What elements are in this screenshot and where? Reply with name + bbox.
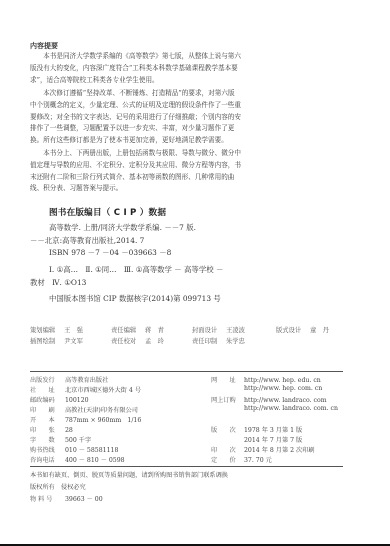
text-line: 版没有大的变化，内容深广度符合“工科类本科数学基础课程教学基本要 [30, 63, 258, 75]
order-link-2[interactable]: http://www. landraco. com. cn [244, 405, 338, 412]
website-link-1[interactable]: http://www. hep. edu. cn [244, 377, 321, 384]
summary-title: 内容提要 [30, 41, 58, 51]
pub-publisher: 出版发行高等教育出版社 [30, 375, 108, 384]
pub-online-order-2: http://www. landraco. com. cn [211, 405, 338, 412]
cip-isbn: ISBN 978 －7 －04 －039663 －8 [49, 247, 171, 258]
summary-paragraph-3: 本书分上、下两册出版，上册包括函数与极限、导数与微分、微分中 值定理与导数的应用… [30, 148, 258, 195]
cip-line: －－北京:高等教育出版社,2014. 7 [30, 235, 144, 246]
pub-inquiry-phone: 咨询电话400 － 810 － 0598 [30, 455, 125, 464]
text-line: 求”，适合高等院校工科类各专业学生使用。 [30, 75, 258, 87]
text-line: 末还附有二阶和三阶行列式简介、基本初等函数的图形、几种常用的曲 [30, 172, 258, 184]
text-line: 排作了一些调整，习题配置予以进一步充实、丰富，对少量习题作了更 [30, 123, 258, 135]
cip-line: Ⅰ. ①高… Ⅱ. ①同… Ⅲ. ①高等数学 － 高等学校 － [49, 264, 223, 275]
text-line: 中个别概念的定义，少量定理、公式的证明及定理的假设条件作了一些重 [30, 100, 258, 112]
pub-price: 定 价37. 70 元 [211, 455, 272, 464]
pub-printing: 印 次2014 年 8 月第 2 次印刷 [211, 445, 315, 454]
pub-format: 开 本787mm × 960mm 1/16 [30, 415, 141, 424]
cip-line: 高等数学. 上册/同济大学数学系编. －－7 版. [49, 222, 196, 233]
text-line: 换。所有这些修订都是为了使本书更加完善，更好地满足教学需要。 [30, 135, 258, 147]
pub-edition: 版 次1978 年 3 月第 1 版 [211, 425, 302, 434]
copyright-page: 内容提要 本书是同济大学数学系编的《高等数学》第七版，从整体上说与第六 版没有大… [0, 0, 390, 546]
credit-layout-design: 版式设计童 丹 [276, 325, 329, 334]
text-line: 要修改；对全书的文字表达、记号的采用进行了仔细推敲；个别内容的安 [30, 112, 258, 124]
order-link-1[interactable]: http://www. landraco. com [244, 397, 327, 404]
summary-paragraph-1: 本书是同济大学数学系编的《高等数学》第七版，从整体上说与第六 版没有大的变化，内… [30, 51, 258, 86]
pub-order-hotline: 购书热线010 － 58581118 [30, 445, 118, 454]
pub-word-count: 字 数500 千字 [30, 435, 91, 444]
pub-edition-2: 2014 年 7 月第 7 版 [211, 435, 302, 444]
cip-line: 教材 Ⅳ. ①O13 [30, 277, 86, 288]
divider-bottom [30, 466, 343, 467]
website-link-2[interactable]: http://www. hep. com. cn [244, 385, 322, 392]
credit-proofreading: 责任校对孟 玲 [111, 336, 164, 345]
credit-responsible-editor: 责任编辑蒋 青 [111, 325, 164, 334]
credit-planning-editor: 策划编辑王 强 [30, 325, 83, 334]
quality-notice: 本书如有缺页、倒页、脱页等质量问题，请到所购图书销售部门联系调换 [30, 470, 228, 479]
text-line: 值定理与导数的应用、不定积分、定积分及其应用、微分方程等内容，书 [30, 160, 258, 172]
text-line: 本次修订遵循“坚持改革、不断锤炼、打造精品”的要求，对第六版 [30, 88, 258, 100]
credit-illustration: 插图绘制尹文军 [30, 336, 83, 345]
pub-website-2: http://www. hep. com. cn [211, 385, 322, 392]
text-line: 本书是同济大学数学系编的《高等数学》第七版，从整体上说与第六 [30, 51, 258, 63]
pub-sheets: 印 张28 [30, 425, 73, 434]
summary-paragraph-2: 本次修订遵循“坚持改革、不断锤炼、打造精品”的要求，对第六版 中个别概念的定义，… [30, 88, 258, 147]
divider-top [30, 371, 343, 372]
pub-website: 网 址http://www. hep. edu. cn [211, 375, 321, 384]
pub-postcode: 邮政编码100120 [30, 395, 89, 404]
pub-printer: 印 刷高教社(天津)印务有限公司 [30, 405, 138, 414]
copyright-notice: 版权所有 侵权必究 [30, 482, 86, 491]
cip-record-number: 中国版本图书馆 CIP 数据核字(2014)第 099713 号 [49, 293, 221, 304]
material-number: 物 料 号39663 － 00 [30, 494, 103, 503]
pub-address: 社 址北京市西城区德外大街 4 号 [30, 385, 141, 394]
credit-cover-design: 封面设计王凌波 [192, 325, 245, 334]
credit-printing: 责任印制朱学忠 [192, 336, 245, 345]
text-line: 本书分上、下两册出版，上册包括函数与极限、导数与微分、微分中 [30, 148, 258, 160]
text-line: 线、积分表、习题答案与提示。 [30, 183, 258, 195]
cip-title: 图书在版编目（ C I P ）数据 [49, 206, 166, 218]
pub-online-order: 网上订购http://www. landraco. com [211, 395, 327, 404]
